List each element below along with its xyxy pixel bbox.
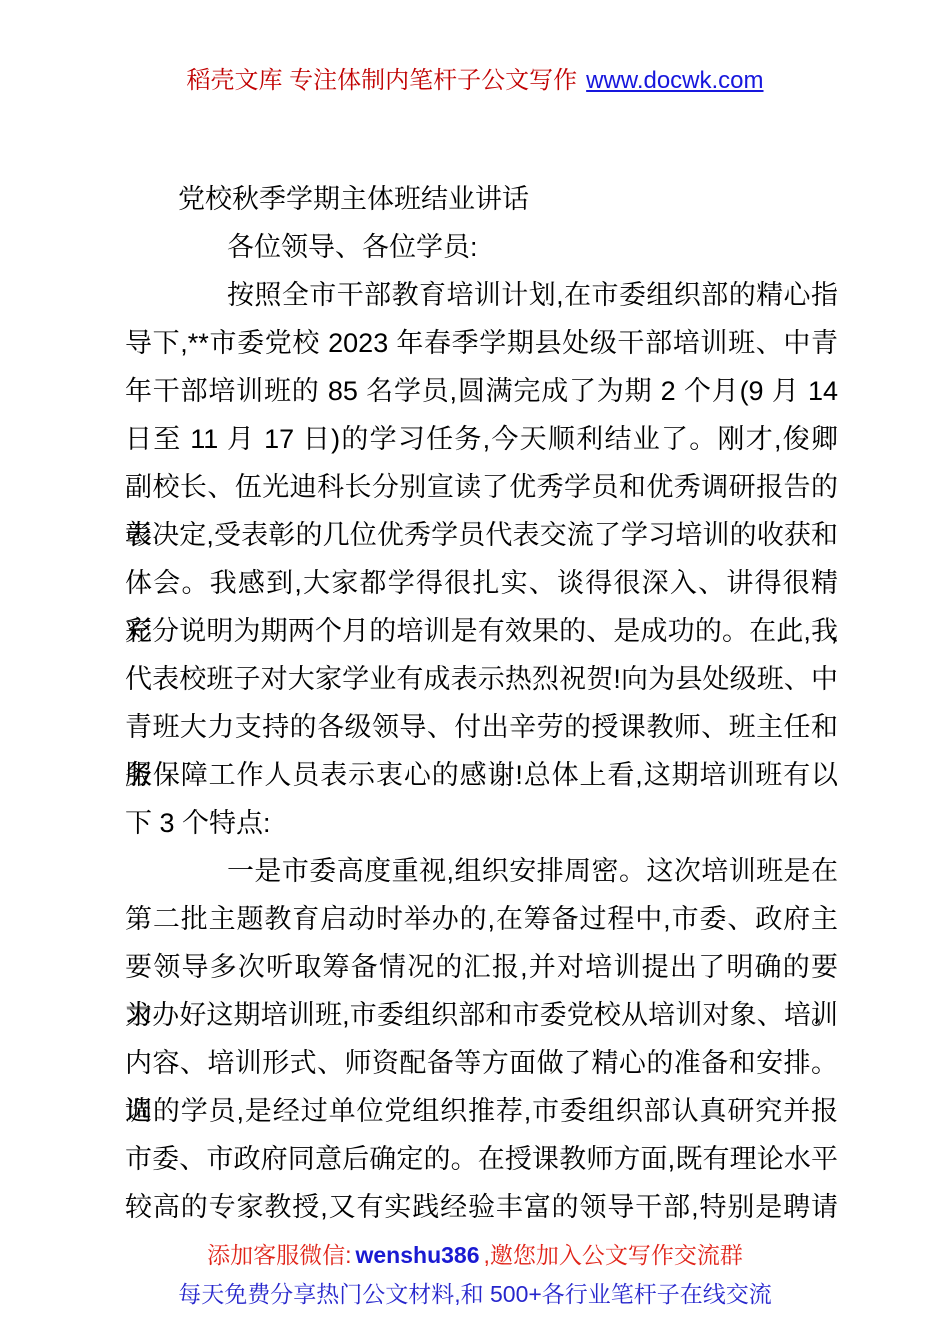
text-line: 要领导多次听取筹备情况的汇报,并对培训提出了明确的要求。 [125,943,838,991]
footer-line-1: 添加客服微信:wenshu386,邀您加入公文写作交流群 [0,1236,950,1275]
footer-wechat-account: wenshu386 [352,1242,484,1268]
text-line: 体会。我感到,大家都学得很扎实、谈得很深入、讲得很精彩, [125,559,838,607]
document-page: 稻壳文库 专注体制内笔杆子公文写作www.docwk.com 党校秋季学期主体班… [0,0,950,1344]
salutation-line: 各位领导、各位学员: [125,223,838,271]
text-line: 日至 11 月 17 日)的学习任务,今天顺利结业了。刚才,俊卿 [125,415,838,463]
text-line: 内容、培训形式、师资配备等方面做了精心的准备和安排。选 [125,1039,838,1087]
text-line: 第二批主题教育启动时举办的,在筹备过程中,市委、政府主 [125,895,838,943]
text-line: 为办好这期培训班,市委组织部和市委党校从培训对象、培训 [125,991,838,1039]
brand-text: 稻壳文库 专注体制内笔杆子公文写作 [186,67,577,94]
text-line: 较高的专家教授,又有实践经验丰富的领导干部,特别是聘请 [125,1183,838,1231]
text-line: 按照全市干部教育培训计划,在市委组织部的精心指 [125,271,838,319]
text-line: 下 3 个特点: [125,799,838,847]
site-header: 稻壳文库 专注体制内笔杆子公文写作www.docwk.com [0,62,950,100]
text-line: 调的学员,是经过单位党组织推荐,市委组织部认真研究并报 [125,1087,838,1135]
document-body: 党校秋季学期主体班结业讲话各位领导、各位学员:按照全市干部教育培训计划,在市委组… [125,175,838,1231]
text-line: 年干部培训班的 85 名学员,圆满完成了为期 2 个月(9 月 14 [125,367,838,415]
footer-line-2: 每天免费分享热门公文材料,和 500+各行业笔杆子在线交流 [0,1275,950,1314]
text-line: 充分说明为期两个月的培训是有效果的、是成功的。在此,我 [125,607,838,655]
footer-invite-suffix: ,邀您加入公文写作交流群 [484,1242,743,1268]
text-line: 代表校班子对大家学业有成表示热烈祝贺!向为县处级班、中 [125,655,838,703]
site-link[interactable]: www.docwk.com [586,67,763,94]
text-line: 市委、市政府同意后确定的。在授课教师方面,既有理论水平 [125,1135,838,1183]
doc-title: 党校秋季学期主体班结业讲话 [125,175,838,223]
footer-service-prefix: 添加客服微信: [207,1242,351,1268]
text-line: 副校长、伍光迪科长分别宣读了优秀学员和优秀调研报告的表 [125,463,838,511]
text-line: 一是市委高度重视,组织安排周密。这次培训班是在 [125,847,838,895]
text-line: 青班大力支持的各级领导、付出辛劳的授课教师、班主任和服 [125,703,838,751]
text-line: 彰决定,受表彰的几位优秀学员代表交流了学习培训的收获和 [125,511,838,559]
text-line: 导下,**市委党校 2023 年春季学期县处级干部培训班、中青 [125,319,838,367]
page-footer: 添加客服微信:wenshu386,邀您加入公文写作交流群 每天免费分享热门公文材… [0,1236,950,1314]
text-line: 务保障工作人员表示衷心的感谢!总体上看,这期培训班有以 [125,751,838,799]
